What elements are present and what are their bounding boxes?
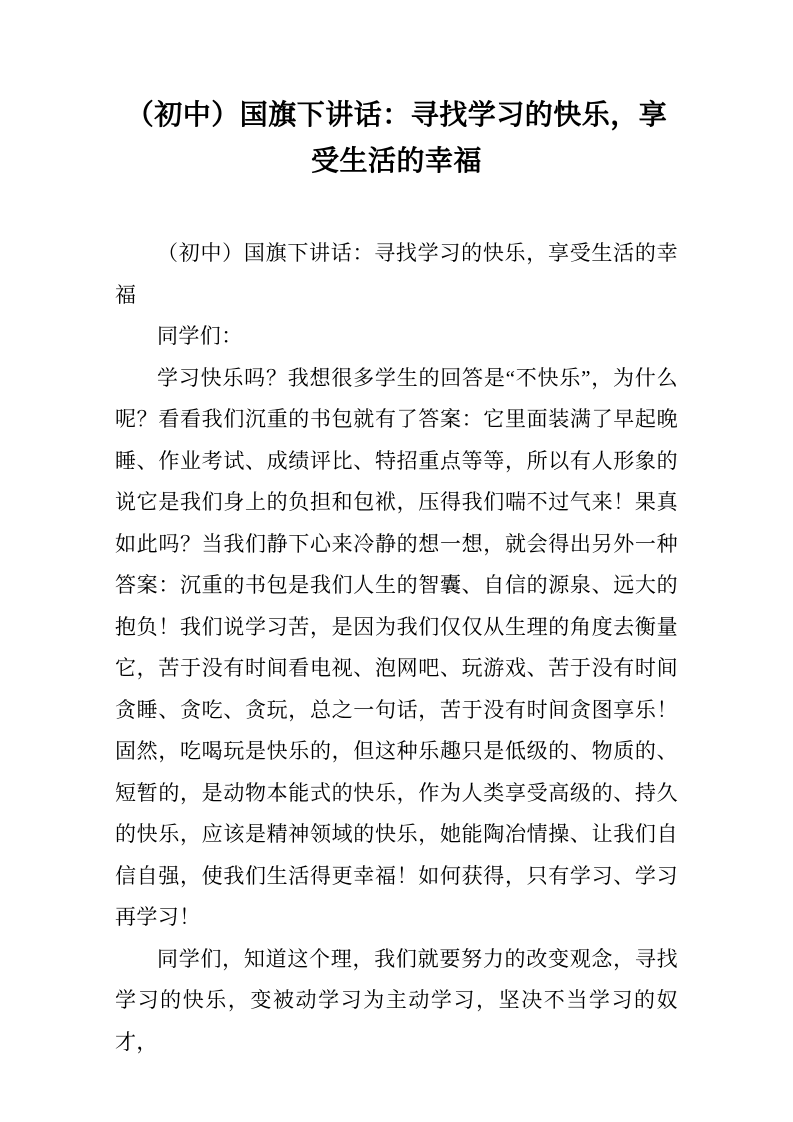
body-paragraph-main: 学习快乐吗？我想很多学生的回答是“不快乐”，为什么呢？看看我们沉重的书包就有了答… <box>115 358 678 939</box>
body-paragraph-closing: 同学们，知道这个理，我们就要努力的改变观念，寻找学习的快乐，变被动学习为主动学习… <box>115 939 678 1064</box>
document-page: （初中）国旗下讲话：寻找学习的快乐，享受生活的幸福 （初中）国旗下讲话：寻找学习… <box>0 0 793 1122</box>
body-paragraph-title-repeat: （初中）国旗下讲话：寻找学习的快乐，享受生活的幸福 <box>115 233 678 316</box>
document-title: （初中）国旗下讲话：寻找学习的快乐，享受生活的幸福 <box>121 92 673 184</box>
document-body: （初中）国旗下讲话：寻找学习的快乐，享受生活的幸福 同学们： 学习快乐吗？我想很… <box>115 233 678 1063</box>
body-paragraph-salutation: 同学们： <box>115 316 678 358</box>
